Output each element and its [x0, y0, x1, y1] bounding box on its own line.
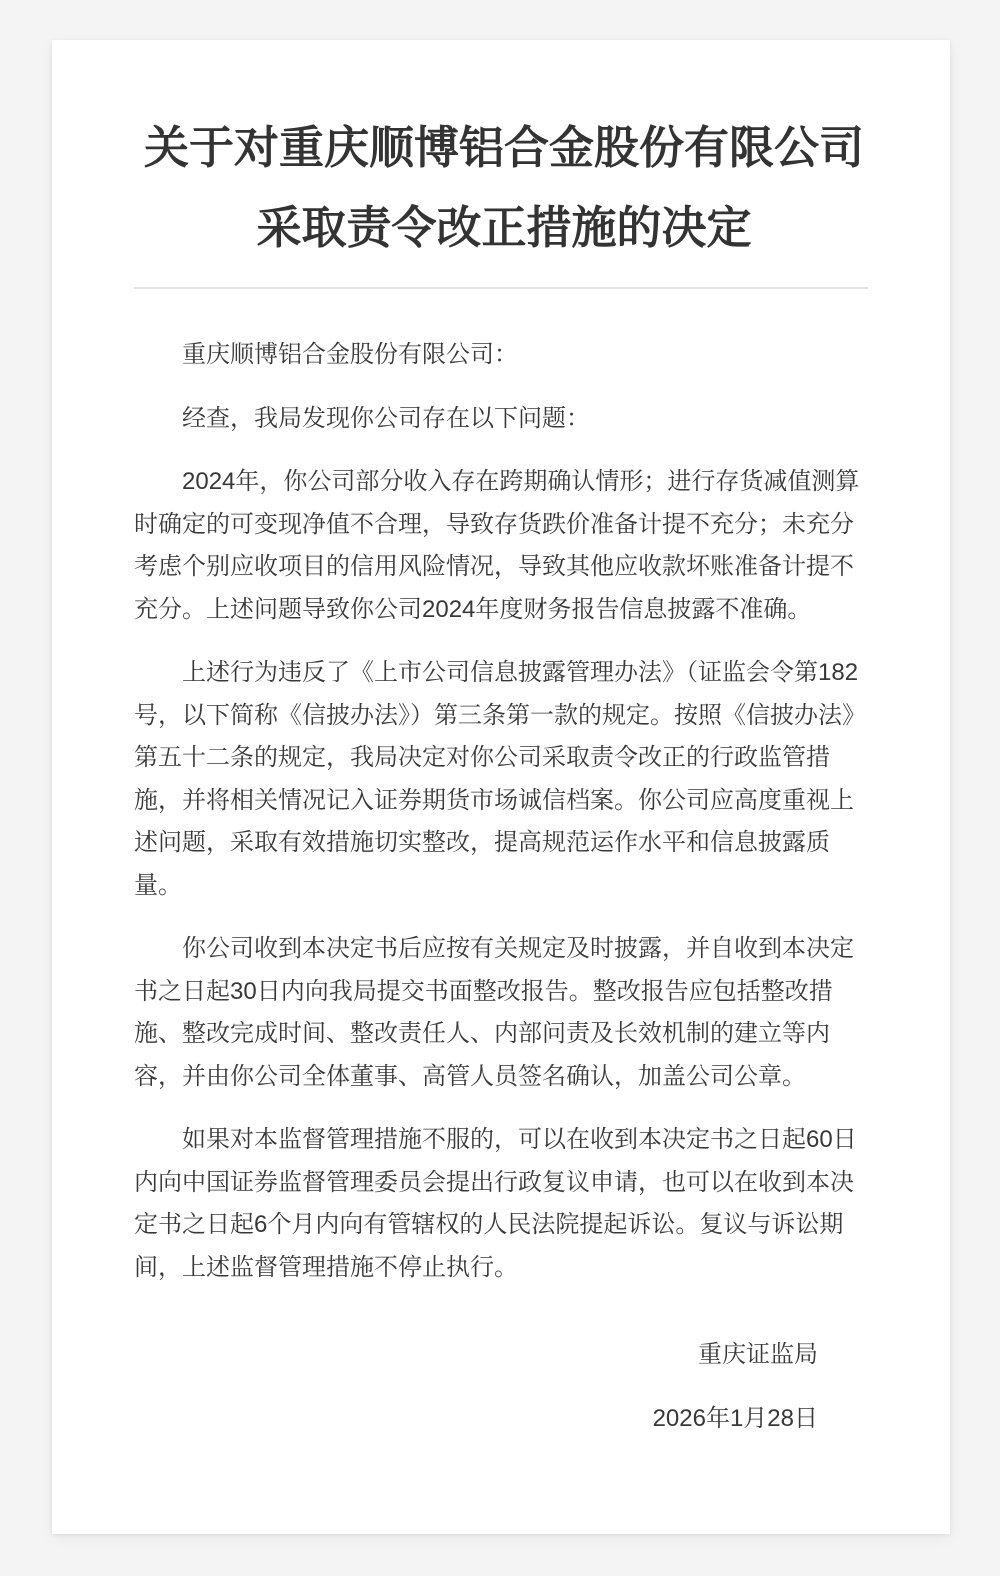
violation-paragraph: 上述行为违反了《上市公司信息披露管理办法》（证监会令第182号，以下简称《信披办…	[134, 652, 868, 907]
intro-line: 经查，我局发现你公司存在以下问题：	[134, 398, 868, 441]
title-divider	[134, 287, 868, 289]
addressee-line: 重庆顺博铝合金股份有限公司：	[134, 334, 868, 377]
issuer-signature: 重庆证监局	[134, 1334, 868, 1377]
document-body: 重庆顺博铝合金股份有限公司： 经查，我局发现你公司存在以下问题： 2024年，你…	[134, 334, 868, 1440]
document-card: 关于对重庆顺博铝合金股份有限公司采取责令改正措施的决定 重庆顺博铝合金股份有限公…	[52, 40, 950, 1534]
issue-date: 2026年1月28日	[134, 1398, 868, 1441]
appeal-rights-paragraph: 如果对本监督管理措施不服的，可以在收到本决定书之日起60日内向中国证券监督管理委…	[134, 1119, 868, 1289]
rectification-requirements-paragraph: 你公司收到本决定书后应按有关规定及时披露，并自收到本决定书之日起30日内向我局提…	[134, 928, 868, 1098]
document-title: 关于对重庆顺博铝合金股份有限公司采取责令改正措施的决定	[134, 108, 874, 268]
findings-paragraph: 2024年，你公司部分收入存在跨期确认情形；进行存货减值测算时确定的可变现净值不…	[134, 461, 868, 631]
